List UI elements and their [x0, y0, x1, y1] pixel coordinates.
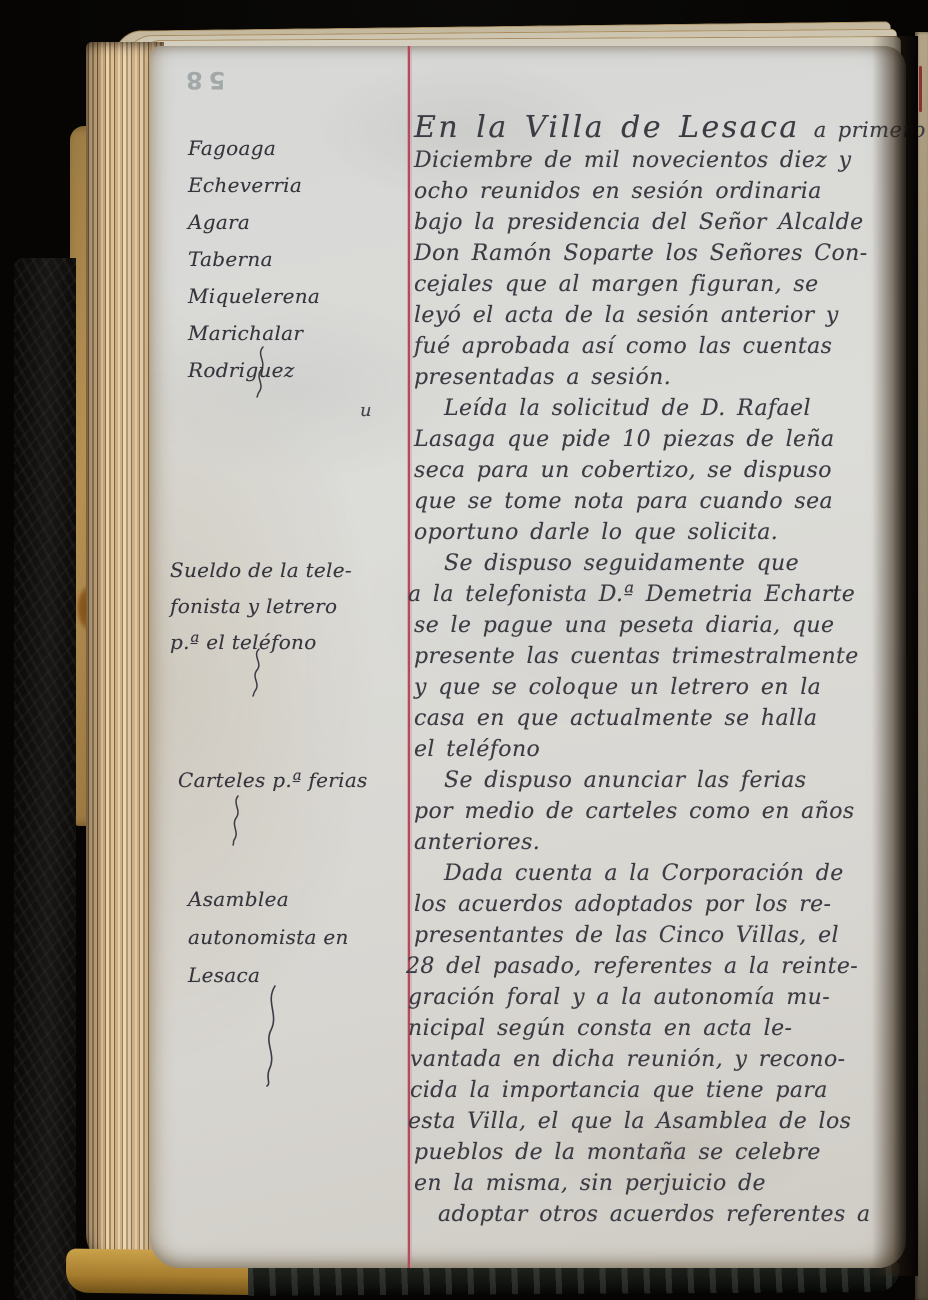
flourish-mark-icon [252, 345, 270, 399]
manuscript-line: el teléfono [414, 734, 540, 765]
margin-note: Carteles p.ª ferias [178, 762, 368, 799]
manuscript-line: anteriores. [414, 827, 540, 858]
manuscript-line: cejales que al margen figuran, se [414, 269, 819, 300]
flourish-mark-icon [262, 984, 282, 1088]
manuscript-line: esta Villa, el que la Asamblea de los [408, 1106, 851, 1137]
margin-name: Fagoaga [188, 130, 276, 167]
margin-note: fonista y letrero [170, 588, 337, 624]
flourish-mark-icon [248, 647, 266, 697]
flourish-mark-icon [228, 794, 246, 846]
manuscript-line: los acuerdos adoptados por los re- [414, 889, 831, 920]
manuscript-line: fué aprobada así como las cuentas [414, 331, 832, 362]
next-page-edge [915, 32, 928, 1300]
margin-name: Marichalar [188, 315, 303, 352]
margin-name: Echeverria [188, 167, 302, 204]
margin-note: p.ª el teléfono [170, 624, 317, 660]
manuscript-line: leyó el acta de la sesión anterior y [414, 300, 839, 331]
manuscript-line: 28 del pasado, referentes a la reinte- [406, 951, 858, 982]
margin-note: autonomista en [188, 918, 349, 956]
manuscript-line: presentantes de las Cinco Villas, el [414, 920, 839, 951]
next-page-red-mark [919, 66, 922, 112]
manuscript-line: que se tome nota para cuando sea [414, 486, 833, 517]
margin-note: Asamblea [188, 880, 289, 918]
opening-phrase: En la Villa de Lesaca [414, 110, 800, 145]
manuscript-line: por medio de carteles como en años [414, 796, 855, 827]
manuscript-line: presentadas a sesión. [414, 362, 671, 393]
manuscript-line: Lasaga que pide 10 piezas de leña [414, 424, 835, 455]
manuscript-line: se le pague una peseta diaria, que [414, 610, 834, 641]
opening-rest: a primero de [814, 118, 928, 142]
manuscript-line: en la misma, sin perjuicio de [414, 1168, 766, 1199]
margin-ditto-mark: u [360, 400, 372, 421]
manuscript-line: adoptar otros acuerdos referentes a [414, 1199, 871, 1230]
manuscript-line: nicipal según consta en acta le- [408, 1013, 792, 1044]
manuscript-line: vantada en dicha reunión, y recono- [410, 1044, 845, 1075]
manuscript-line: bajo la presidencia del Señor Alcalde [414, 207, 864, 238]
manuscript-line: y que se coloque un letrero en la [414, 672, 821, 703]
manuscript-line: ocho reunidos en sesión ordinaria [414, 176, 822, 207]
margin-name: Rodriguez [188, 352, 295, 389]
margin-name: Taberna [188, 241, 273, 278]
manuscript-line: gración foral y a la autonomía mu- [408, 982, 830, 1013]
manuscript-line: casa en que actualmente se halla [414, 703, 817, 734]
leather-cover-left [14, 258, 76, 1300]
page-number-stamp: 58 [180, 66, 225, 94]
margin-name: Miquelerena [188, 278, 320, 315]
manuscript-line: pueblos de la montaña se celebre [414, 1137, 821, 1168]
manuscript-line: cida la importancia que tiene para [410, 1075, 828, 1106]
margin-note: Sueldo de la tele- [170, 552, 352, 588]
manuscript-page: 58 Fagoaga Echeverria Agara Taberna Miqu… [150, 46, 906, 1268]
margin-name: Agara [188, 204, 250, 241]
margin-note: Lesaca [188, 956, 260, 994]
manuscript-line: Diciembre de mil novecientos diez y [414, 145, 851, 176]
manuscript-line: seca para un cobertizo, se dispuso [414, 455, 832, 486]
manuscript-line: En la Villa de Lesacaa primero de [414, 112, 928, 146]
manuscript-photo: 58 Fagoaga Echeverria Agara Taberna Miqu… [0, 0, 928, 1300]
manuscript-line: a la telefonista D.ª Demetria Echarte [408, 579, 855, 610]
manuscript-line: Se dispuso seguidamente que [414, 548, 799, 579]
manuscript-line: Dada cuenta a la Corporación de [414, 858, 844, 889]
manuscript-line: presente las cuentas trimestralmente [414, 641, 859, 672]
manuscript-line: Leída la solicitud de D. Rafael [414, 393, 811, 424]
manuscript-line: oportuno darle lo que solicita. [414, 517, 778, 548]
manuscript-line: Don Ramón Soparte los Señores Con- [414, 238, 868, 269]
manuscript-line: Se dispuso anunciar las ferias [414, 765, 806, 796]
